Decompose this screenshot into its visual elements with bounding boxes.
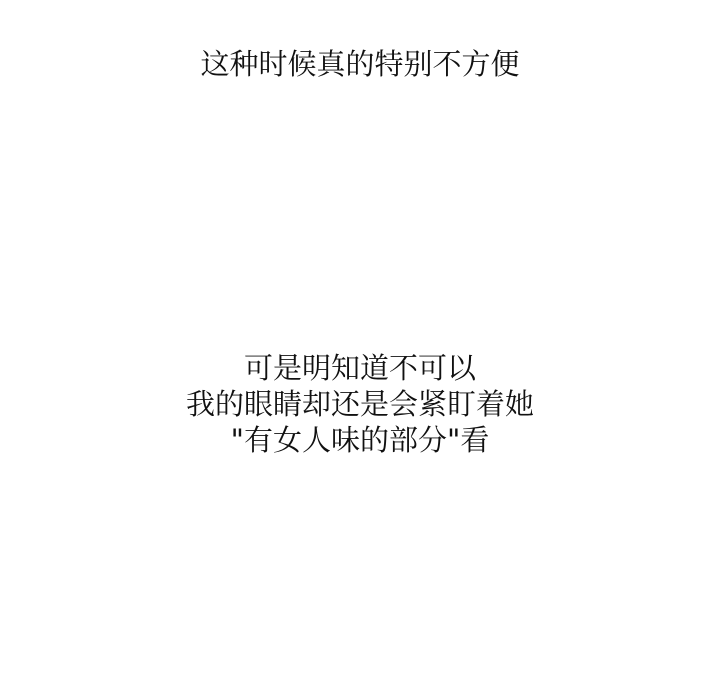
caption-line: 这种时候真的特别不方便 [0,46,720,82]
top-caption: 这种时候真的特别不方便 [0,46,720,82]
bottom-caption: 可是明知道不可以 我的眼睛却还是会紧盯着她 "有女人味的部分"看 [0,350,720,458]
caption-line: "有女人味的部分"看 [0,422,720,458]
caption-line: 我的眼睛却还是会紧盯着她 [0,386,720,422]
caption-line: 可是明知道不可以 [0,350,720,386]
